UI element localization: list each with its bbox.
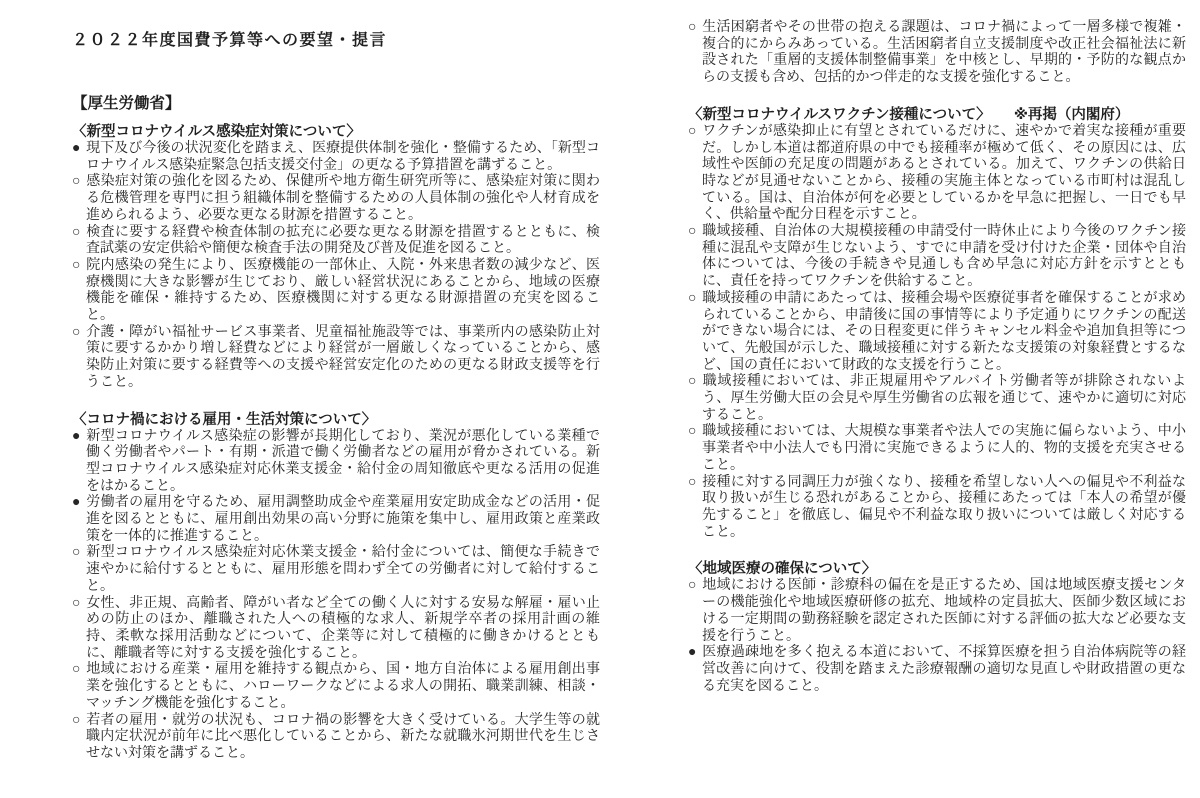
open-circle-marker: ○ — [72, 596, 86, 613]
policy-item-text: 地域における産業・雇用を維持する観点から、国・地方自治体による雇用創出事業を強化… — [86, 662, 600, 710]
open-circle-marker: ○ — [688, 224, 702, 241]
right-column: ○生活困窮者やその世帯の抱える課題は、コロナ禍によって一層多様で複雑・複合的にか… — [688, 0, 1186, 695]
policy-item: ○女性、非正規、高齢者、障がい者など全ての働く人に対する安易な解雇・雇い止めの防… — [72, 596, 600, 663]
policy-item-text: 地域における医師・診療科の偏在を是正するため、国は地域医療支援センターの機能強化… — [702, 578, 1186, 643]
open-circle-marker: ○ — [72, 225, 86, 242]
open-circle-marker: ○ — [688, 124, 702, 141]
policy-item: ○接種に対する同調圧力が強くなり、接種を希望しない人への偏見や不利益な取り扱いが… — [688, 475, 1186, 542]
policy-item-text: 新型コロナウイルス感染症の影響が長期化しており、業況が悪化している業種で働く労働… — [86, 429, 600, 494]
policy-item-text: 職域接種の申請にあたっては、接種会場や医療従事者を確保することが求められているこ… — [702, 291, 1186, 373]
policy-item: ○ワクチンが感染抑止に有望とされているだけに、速やかで着実な接種が重要だ。しかし… — [688, 124, 1186, 224]
open-circle-marker: ○ — [688, 475, 702, 492]
policy-item: ○新型コロナウイルス感染症対応休業支援金・給付金については、簡便な手続きで速やか… — [72, 545, 600, 595]
policy-item-text: 検査に要する経費や検査体制の拡充に必要な更なる財源を措置するとともに、検査試薬の… — [86, 225, 600, 257]
policy-item-text: 生活困窮者やその世帯の抱える課題は、コロナ禍によって一層多様で複雑・複合的にから… — [702, 20, 1186, 85]
open-circle-marker: ○ — [72, 258, 86, 275]
policy-item: ○地域における医師・診療科の偏在を是正するため、国は地域医療支援センターの機能強… — [688, 578, 1186, 645]
policy-item-text: 医療過疎地を多く抱える本道において、不採算医療を担う自治体病院等の経営改善に向け… — [702, 645, 1186, 693]
policy-item: ○職域接種の申請にあたっては、接種会場や医療従事者を確保することが求められている… — [688, 291, 1186, 375]
policy-item: ○検査に要する経費や検査体制の拡充に必要な更なる財源を措置するとともに、検査試薬… — [72, 225, 600, 258]
policy-item-text: 職域接種においては、大規模な事業者や法人での実施に偏らないよう、中小事業者や中小… — [702, 424, 1186, 472]
policy-item: ○院内感染の発生により、医療機能の一部休止、入院・外来患者数の減少など、医療機関… — [72, 258, 600, 325]
policy-item: ●労働者の雇用を守るため、雇用調整助成金や産業雇用安定助成金などの活用・促進を図… — [72, 495, 600, 545]
filled-circle-marker: ● — [72, 495, 86, 512]
policy-item-text: 介護・障がい福祉サービス事業者、児童福祉施設等では、事業所内の感染防止対策に要す… — [86, 325, 600, 390]
policy-item-text: 職域接種においては、非正規雇用やアルバイト労働者等が排除されないよう、厚生労働大… — [702, 374, 1186, 422]
open-circle-marker: ○ — [688, 578, 702, 595]
open-circle-marker: ○ — [688, 20, 702, 37]
policy-item: ○職域接種、自治体の大規模接種の申請受付一時休止により今後のワクチン接種に混乱や… — [688, 224, 1186, 291]
section-heading: 〈地域医療の確保について〉 — [688, 557, 1186, 578]
policy-item-text: 若者の雇用・就労の状況も、コロナ禍の影響を大きく受けている。大学生等の就職内定状… — [86, 713, 600, 761]
policy-item: ○感染症対策の強化を図るため、保健所や地方衛生研究所等に、感染症対策に関わる危機… — [72, 174, 600, 224]
open-circle-marker: ○ — [72, 325, 86, 342]
section-heading-text: 〈新型コロナウイルスワクチン接種について〉 — [688, 107, 991, 123]
open-circle-marker: ○ — [72, 713, 86, 730]
policy-item-text: 職域接種、自治体の大規模接種の申請受付一時休止により今後のワクチン接種に混乱や支… — [702, 224, 1186, 289]
policy-item: ●医療過疎地を多く抱える本道において、不採算医療を担う自治体病院等の経営改善に向… — [688, 645, 1186, 695]
policy-item-text: 感染症対策の強化を図るため、保健所や地方衛生研究所等に、感染症対策に関わる危機管… — [86, 174, 600, 222]
scanned-document-page: ２０２２年度国費予算等への要望・提言 【厚生労働省】〈新型コロナウイルス感染症対… — [0, 0, 1200, 798]
section-heading: 〈コロナ禍における雇用・生活対策について〉 — [72, 408, 600, 429]
policy-item-text: ワクチンが感染抑止に有望とされているだけに、速やかで着実な接種が重要だ。しかし本… — [702, 124, 1186, 223]
open-circle-marker: ○ — [688, 424, 702, 441]
open-circle-marker: ○ — [688, 374, 702, 391]
filled-circle-marker: ● — [72, 429, 86, 446]
policy-item-text: 労働者の雇用を守るため、雇用調整助成金や産業雇用安定助成金などの活用・促進を図る… — [86, 495, 600, 543]
policy-item: ○職域接種においては、大規模な事業者や法人での実施に偏らないよう、中小事業者や中… — [688, 424, 1186, 474]
ministry-heading: 【厚生労働省】 — [72, 91, 600, 113]
policy-item-text: 院内感染の発生により、医療機能の一部休止、入院・外来患者数の減少など、医療機関に… — [86, 258, 600, 323]
section-heading-text: 〈地域医療の確保について〉 — [688, 561, 876, 577]
section-heading-text: 〈新型コロナウイルス感染症対策について〉 — [72, 124, 361, 140]
section-heading: 〈新型コロナウイルス感染症対策について〉 — [72, 120, 600, 141]
left-column: ２０２２年度国費予算等への要望・提言 【厚生労働省】〈新型コロナウイルス感染症対… — [72, 0, 600, 763]
filled-circle-marker: ● — [72, 141, 86, 158]
policy-item-text: 女性、非正規、高齢者、障がい者など全ての働く人に対する安易な解雇・雇い止めの防止… — [86, 596, 600, 661]
open-circle-marker: ○ — [72, 545, 86, 562]
section-heading: 〈新型コロナウイルスワクチン接種について〉※再掲（内閣府） — [688, 103, 1186, 124]
open-circle-marker: ○ — [72, 662, 86, 679]
open-circle-marker: ○ — [688, 291, 702, 308]
policy-item: ○介護・障がい福祉サービス事業者、児童福祉施設等では、事業所内の感染防止対策に要… — [72, 325, 600, 392]
open-circle-marker: ○ — [72, 174, 86, 191]
document-title: ２０２２年度国費予算等への要望・提言 — [72, 27, 600, 50]
policy-item: ○若者の雇用・就労の状況も、コロナ禍の影響を大きく受けている。大学生等の就職内定… — [72, 713, 600, 763]
ministry-heading-text: 【厚生労働省】 — [72, 95, 181, 112]
reposted-note: ※再掲（内閣府） — [1014, 107, 1130, 123]
policy-item-text: 接種に対する同調圧力が強くなり、接種を希望しない人への偏見や不利益な取り扱いが生… — [702, 475, 1186, 540]
section-heading-text: 〈コロナ禍における雇用・生活対策について〉 — [72, 412, 376, 428]
policy-item: ●新型コロナウイルス感染症の影響が長期化しており、業況が悪化している業種で働く労… — [72, 429, 600, 496]
filled-circle-marker: ● — [688, 645, 702, 662]
policy-item: ○地域における産業・雇用を維持する観点から、国・地方自治体による雇用創出事業を強… — [72, 662, 600, 712]
policy-item: ○職域接種においては、非正規雇用やアルバイト労働者等が排除されないよう、厚生労働… — [688, 374, 1186, 424]
policy-item-text: 現下及び今後の状況変化を踏まえ、医療提供体制を強化・整備するため、「新型コロナウ… — [86, 141, 600, 173]
policy-item-text: 新型コロナウイルス感染症対応休業支援金・給付金については、簡便な手続きで速やかに… — [86, 545, 600, 593]
policy-item: ○生活困窮者やその世帯の抱える課題は、コロナ禍によって一層多様で複雑・複合的にか… — [688, 20, 1186, 87]
policy-item: ●現下及び今後の状況変化を踏まえ、医療提供体制を強化・整備するため、「新型コロナ… — [72, 141, 600, 174]
